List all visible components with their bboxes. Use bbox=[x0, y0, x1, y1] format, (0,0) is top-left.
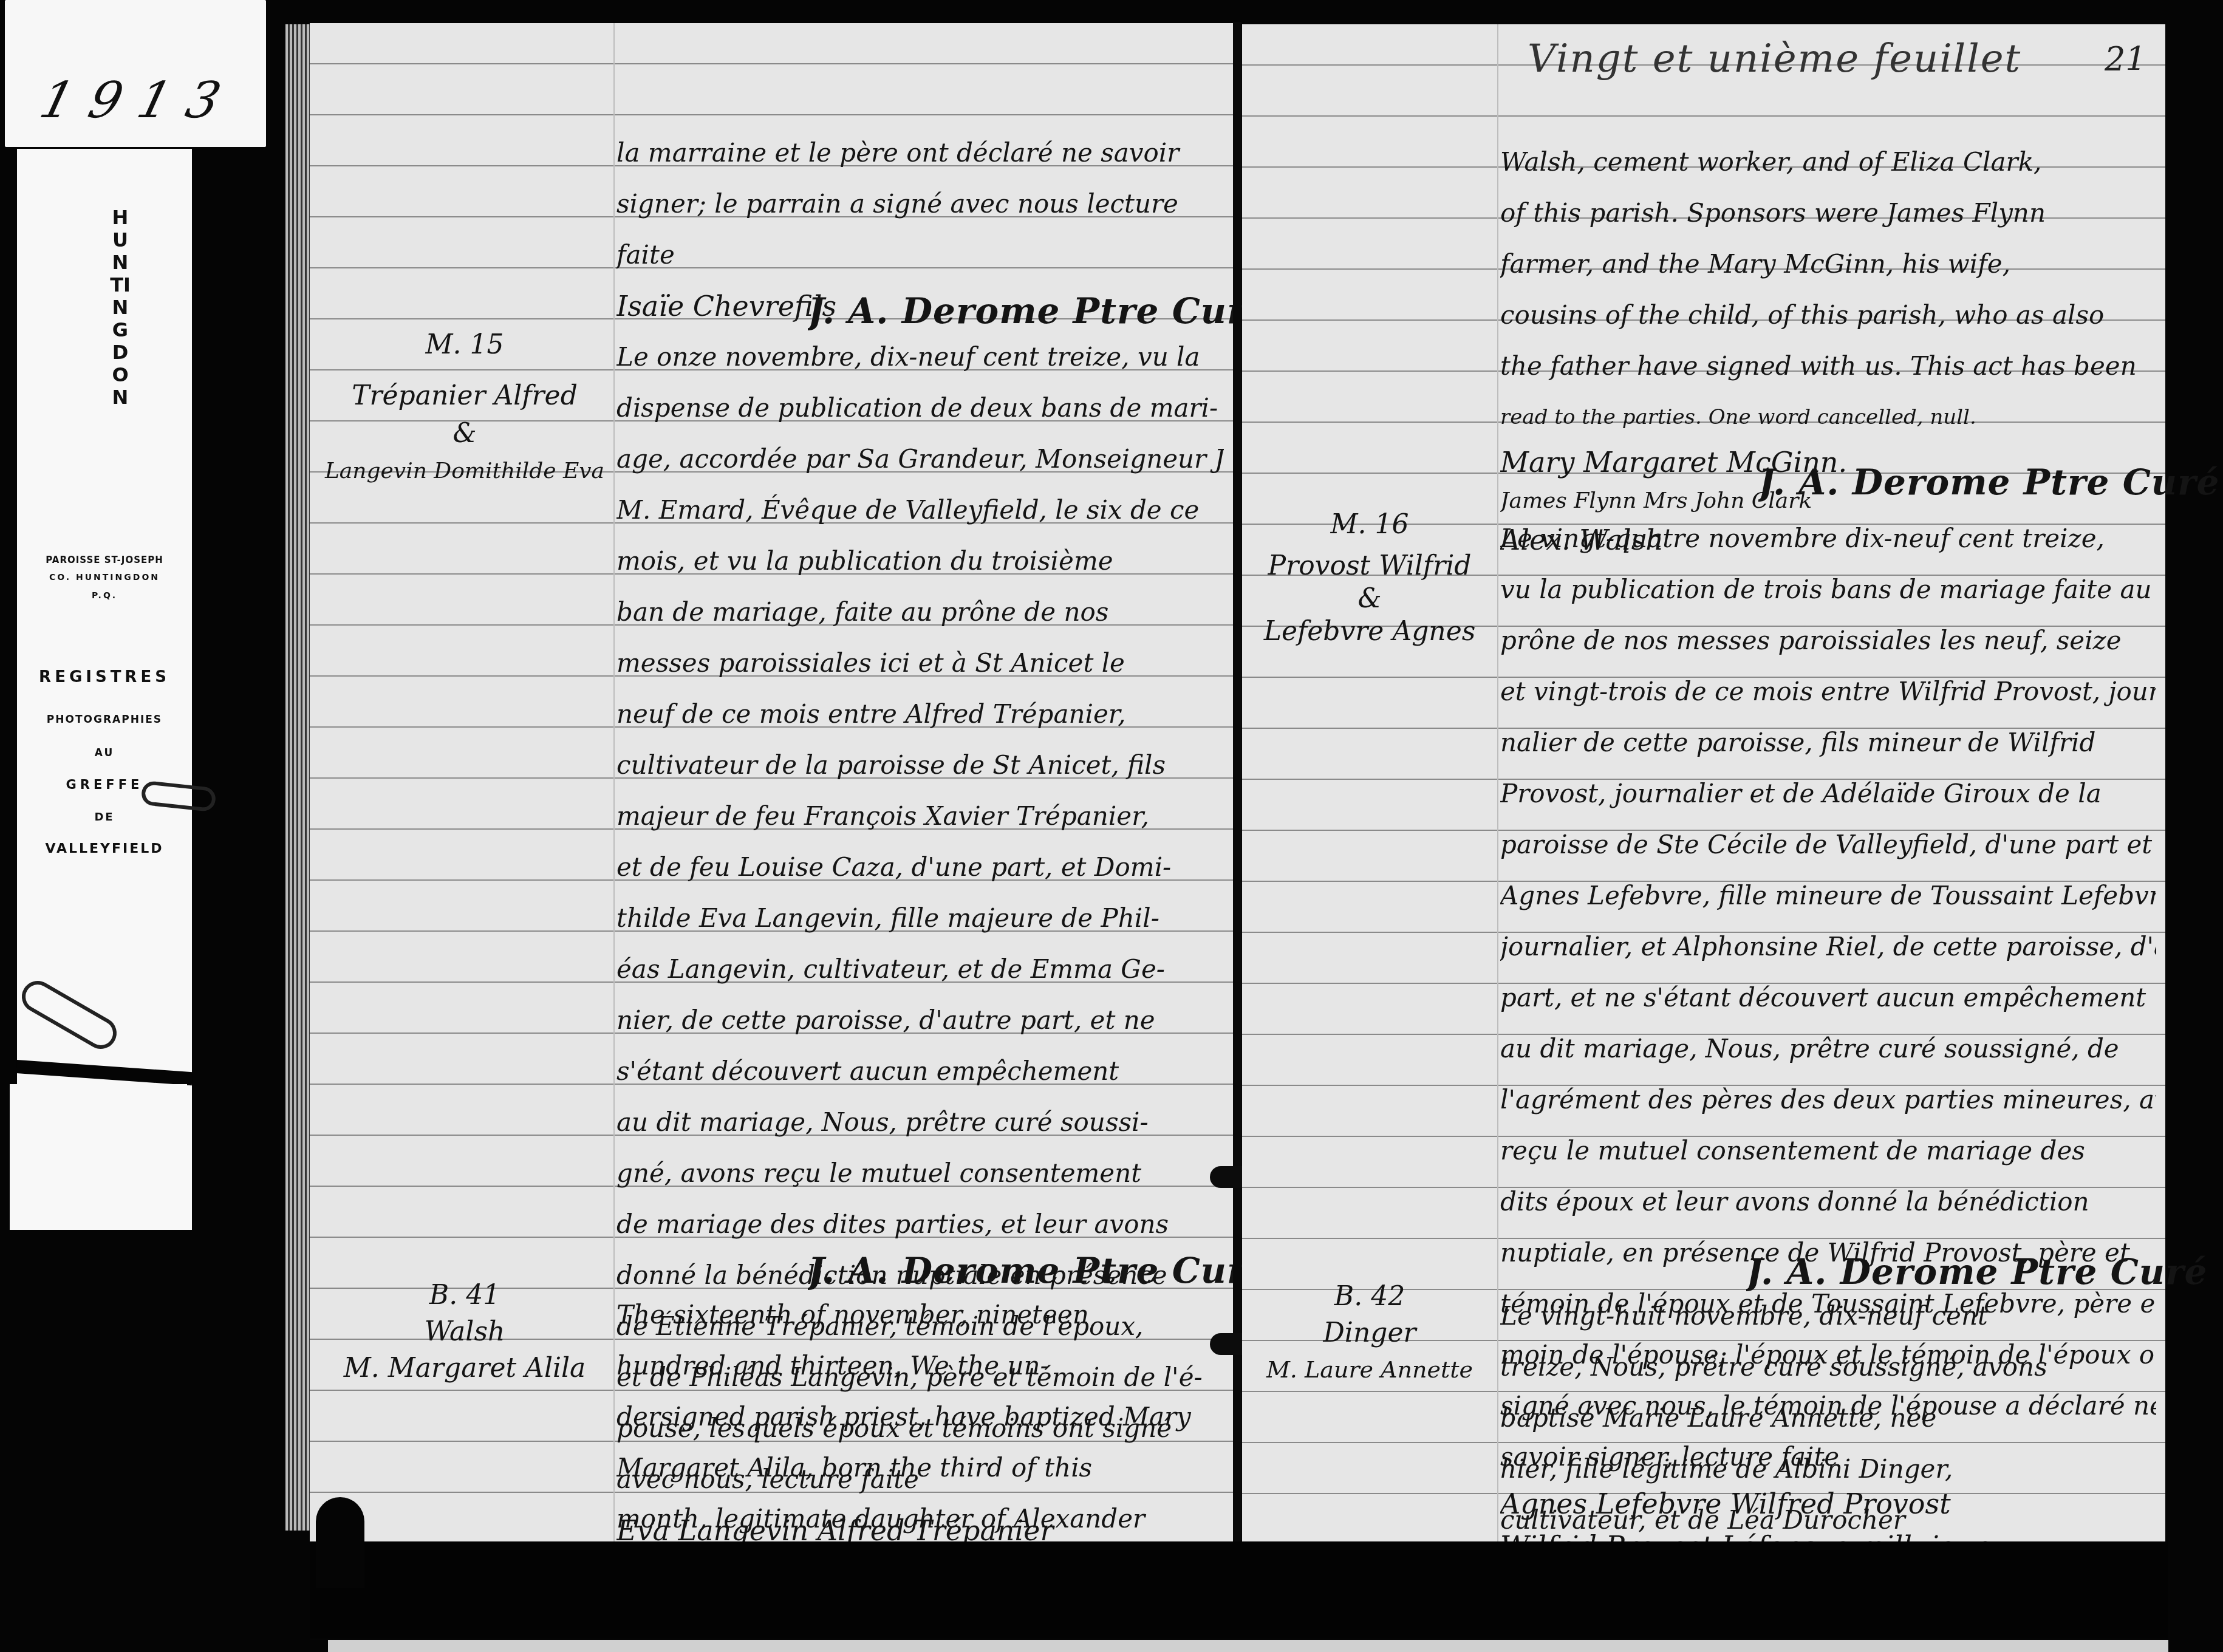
text-line: ban de mariage, faite au prône de nos bbox=[616, 587, 1224, 638]
au-label: AU bbox=[17, 747, 192, 759]
text-line: paroisse de Ste Cécile de Valleyfield, d… bbox=[1500, 819, 2156, 870]
photographies-label: PHOTOGRAPHIES bbox=[17, 714, 192, 726]
entry-number: M. 15 bbox=[322, 319, 607, 370]
text-line: of this parish. Sponsors were James Flyn… bbox=[1500, 188, 2156, 239]
text-line: part, et ne s'étant découvert aucun empê… bbox=[1500, 972, 2156, 1023]
text-line: M. Emard, Évêque de Valleyfield, le six … bbox=[616, 485, 1224, 536]
priest-signature: J. A. Derome Ptre Curé bbox=[808, 1250, 1269, 1291]
valleyfield-label: VALLEYFIELD bbox=[17, 841, 192, 856]
text-line: au dit mariage, Nous, prêtre curé soussi… bbox=[1500, 1023, 2156, 1074]
priest-signature: J. A. Derome Ptre Curé bbox=[1746, 1251, 2207, 1292]
paperclip-icon bbox=[140, 780, 217, 813]
bride-name: Langevin Domithilde Eva bbox=[322, 446, 607, 497]
text-line: dits époux et leur avons donné la bénédi… bbox=[1500, 1176, 2156, 1227]
text-line: dispense de publication de deux bans de … bbox=[616, 383, 1224, 434]
place-name-vertical: HUNTINGDON bbox=[108, 206, 132, 409]
text-line: the father have signed with us. This act… bbox=[1500, 341, 2156, 392]
left-page: la marraine et le père ont déclaré ne sa… bbox=[310, 23, 1233, 1541]
text-line: nalier de cette paroisse, fils mineur de… bbox=[1500, 717, 2156, 768]
next-frame-strip bbox=[328, 1640, 2168, 1652]
text-line: l'agrément des pères des deux parties mi… bbox=[1500, 1074, 2156, 1125]
text-line: Margaret Alila, born the third of this bbox=[616, 1442, 1224, 1493]
text-line: Agnes Lefebvre, fille mineure de Toussai… bbox=[1500, 870, 2156, 921]
margin-entry-b42: B. 42 Dinger M. Laure Annette bbox=[1242, 1278, 1497, 1388]
text-line: farmer, and the Mary McGinn, his wife, bbox=[1500, 239, 2156, 290]
text-line: éas Langevin, cultivateur, et de Emma Ge… bbox=[616, 944, 1224, 995]
text-line: baptisé Marie Laure Annette, née bbox=[1500, 1393, 2156, 1444]
right-page: Vingt et unième feuillet 21 Walsh, cemen… bbox=[1242, 24, 2165, 1541]
thumb-shadow bbox=[316, 1497, 364, 1588]
text-line: cultivateur, et de Léa Durocher bbox=[1500, 1495, 2156, 1546]
entry-number: B. 42 bbox=[1242, 1278, 1497, 1315]
text-line: prône de nos messes paroissiales les neu… bbox=[1500, 615, 2156, 666]
margin-entry-m15: M. 15 Trépanier Alfred & Langevin Domith… bbox=[322, 319, 607, 497]
text-line: neuf de ce mois entre Alfred Trépanier, bbox=[616, 689, 1224, 740]
text-line: de mariage des dites parties, et leur av… bbox=[616, 1199, 1224, 1250]
ampersand: & bbox=[1242, 587, 1497, 611]
registres-label: REGISTRES bbox=[17, 668, 192, 686]
entry-b42-body: Le vingt-huit novembre, dix-neuf cent tr… bbox=[1500, 1291, 2156, 1546]
text-line: majeur de feu François Xavier Trépanier, bbox=[616, 791, 1224, 842]
surname: Walsh bbox=[322, 1314, 607, 1350]
margin-rule bbox=[613, 23, 615, 1541]
given-names: M. Margaret Alila bbox=[322, 1350, 607, 1387]
text-line: cousins of the child, of this parish, wh… bbox=[1500, 290, 2156, 341]
text-line: mois, et vu la publication du troisième bbox=[616, 536, 1224, 587]
text-line: month, legitimate daughter of Alexander bbox=[616, 1493, 1224, 1544]
surname: Dinger bbox=[1242, 1315, 1497, 1351]
text-line: au dit mariage, Nous, prêtre curé soussi… bbox=[616, 1097, 1224, 1148]
text-line: s'étant découvert aucun empêchement bbox=[616, 1046, 1224, 1097]
text-line: age, accordée par Sa Grandeur, Monseigne… bbox=[616, 434, 1224, 485]
book-spine bbox=[1233, 22, 1241, 1546]
entry-number: M. 16 bbox=[1242, 504, 1497, 545]
margin-entry-m16: M. 16 Provost Wilfrid & Lefebvre Agnes bbox=[1242, 504, 1497, 652]
text-line: Le vingt-quatre novembre dix-neuf cent t… bbox=[1500, 513, 2156, 564]
folio-number: 21 bbox=[2105, 40, 2146, 78]
strip-divider bbox=[16, 1060, 193, 1085]
text-line: Provost, journalier et de Adélaïde Girou… bbox=[1500, 768, 2156, 819]
text-line: journalier, et Alphonsine Riel, de cette… bbox=[1500, 921, 2156, 972]
text-line: faite bbox=[616, 230, 1224, 281]
text-line: treize, Nous, prêtre curé soussigné, avo… bbox=[1500, 1342, 2156, 1393]
text-line: messes paroissiales ici et à St Anicet l… bbox=[616, 638, 1224, 689]
text-line: nier, de cette paroisse, d'autre part, e… bbox=[616, 995, 1224, 1046]
text-line: gné, avons reçu le mutuel consentement bbox=[616, 1148, 1224, 1199]
text-line: Le vingt-huit novembre, dix-neuf cent bbox=[1500, 1291, 2156, 1342]
book-bottom-shadow bbox=[310, 1541, 2168, 1639]
year-label: 1913 bbox=[34, 72, 243, 129]
year-card: 1913 bbox=[5, 0, 266, 147]
text-line: thilde Eva Langevin, fille majeure de Ph… bbox=[616, 893, 1224, 944]
priest-signature: J. A. Derome Ptre Curé bbox=[808, 290, 1269, 332]
priest-signature: J. A. Derome Ptre Curé bbox=[1758, 462, 2219, 503]
folio-header: Vingt et unième feuillet bbox=[1528, 36, 2021, 81]
text-line: read to the parties. One word cancelled,… bbox=[1500, 392, 2156, 443]
county-label: CO. HUNTINGDON bbox=[17, 573, 192, 582]
text-line: The sixteenth of november, nineteen bbox=[616, 1289, 1224, 1340]
text-line: hier, fille légitime de Albini Dinger, bbox=[1500, 1444, 2156, 1495]
text-line: dersigned parish priest, have baptized M… bbox=[616, 1391, 1224, 1442]
groom-name: Trépanier Alfred bbox=[322, 370, 607, 422]
text-line: hundred and thirteen, We the un- bbox=[616, 1340, 1224, 1391]
margin-entry-b41: B. 41 Walsh M. Margaret Alila bbox=[322, 1277, 607, 1387]
entry-number: B. 41 bbox=[322, 1277, 607, 1314]
text-line: et de feu Louise Caza, d'une part, et Do… bbox=[616, 842, 1224, 893]
text-line: cultivateur de la paroisse de St Anicet,… bbox=[616, 740, 1224, 791]
text-line: la marraine et le père ont déclaré ne sa… bbox=[616, 128, 1224, 179]
paperclip-icon bbox=[16, 975, 123, 1054]
parish-label: PAROISSE ST-JOSEPH bbox=[17, 555, 192, 565]
given-names: M. Laure Annette bbox=[1242, 1351, 1497, 1388]
groom-name: Provost Wilfrid bbox=[1242, 545, 1497, 587]
province-label: P.Q. bbox=[17, 591, 192, 601]
entry-b41-body: The sixteenth of november, nineteen hund… bbox=[616, 1289, 1224, 1544]
text-line: vu la publication de trois bans de maria… bbox=[1500, 564, 2156, 615]
text-line: et vingt-trois de ce mois entre Wilfrid … bbox=[1500, 666, 2156, 717]
text-line: reçu le mutuel consentement de mariage d… bbox=[1500, 1125, 2156, 1176]
bride-name: Lefebvre Agnes bbox=[1242, 611, 1497, 652]
text-line: Walsh, cement worker, and of Eliza Clark… bbox=[1500, 137, 2156, 188]
de-label: DE bbox=[17, 811, 192, 824]
margin-rule bbox=[1497, 24, 1498, 1541]
text-line: Le onze novembre, dix-neuf cent treize, … bbox=[616, 332, 1224, 383]
label-lower-panel bbox=[10, 1084, 187, 1230]
text-line: signer; le parrain a signé avec nous lec… bbox=[616, 179, 1224, 230]
book-page-edges bbox=[285, 24, 310, 1531]
ampersand: & bbox=[322, 422, 607, 446]
archive-label-strip: HUNTINGDON PAROISSE ST-JOSEPH CO. HUNTIN… bbox=[17, 149, 192, 1230]
